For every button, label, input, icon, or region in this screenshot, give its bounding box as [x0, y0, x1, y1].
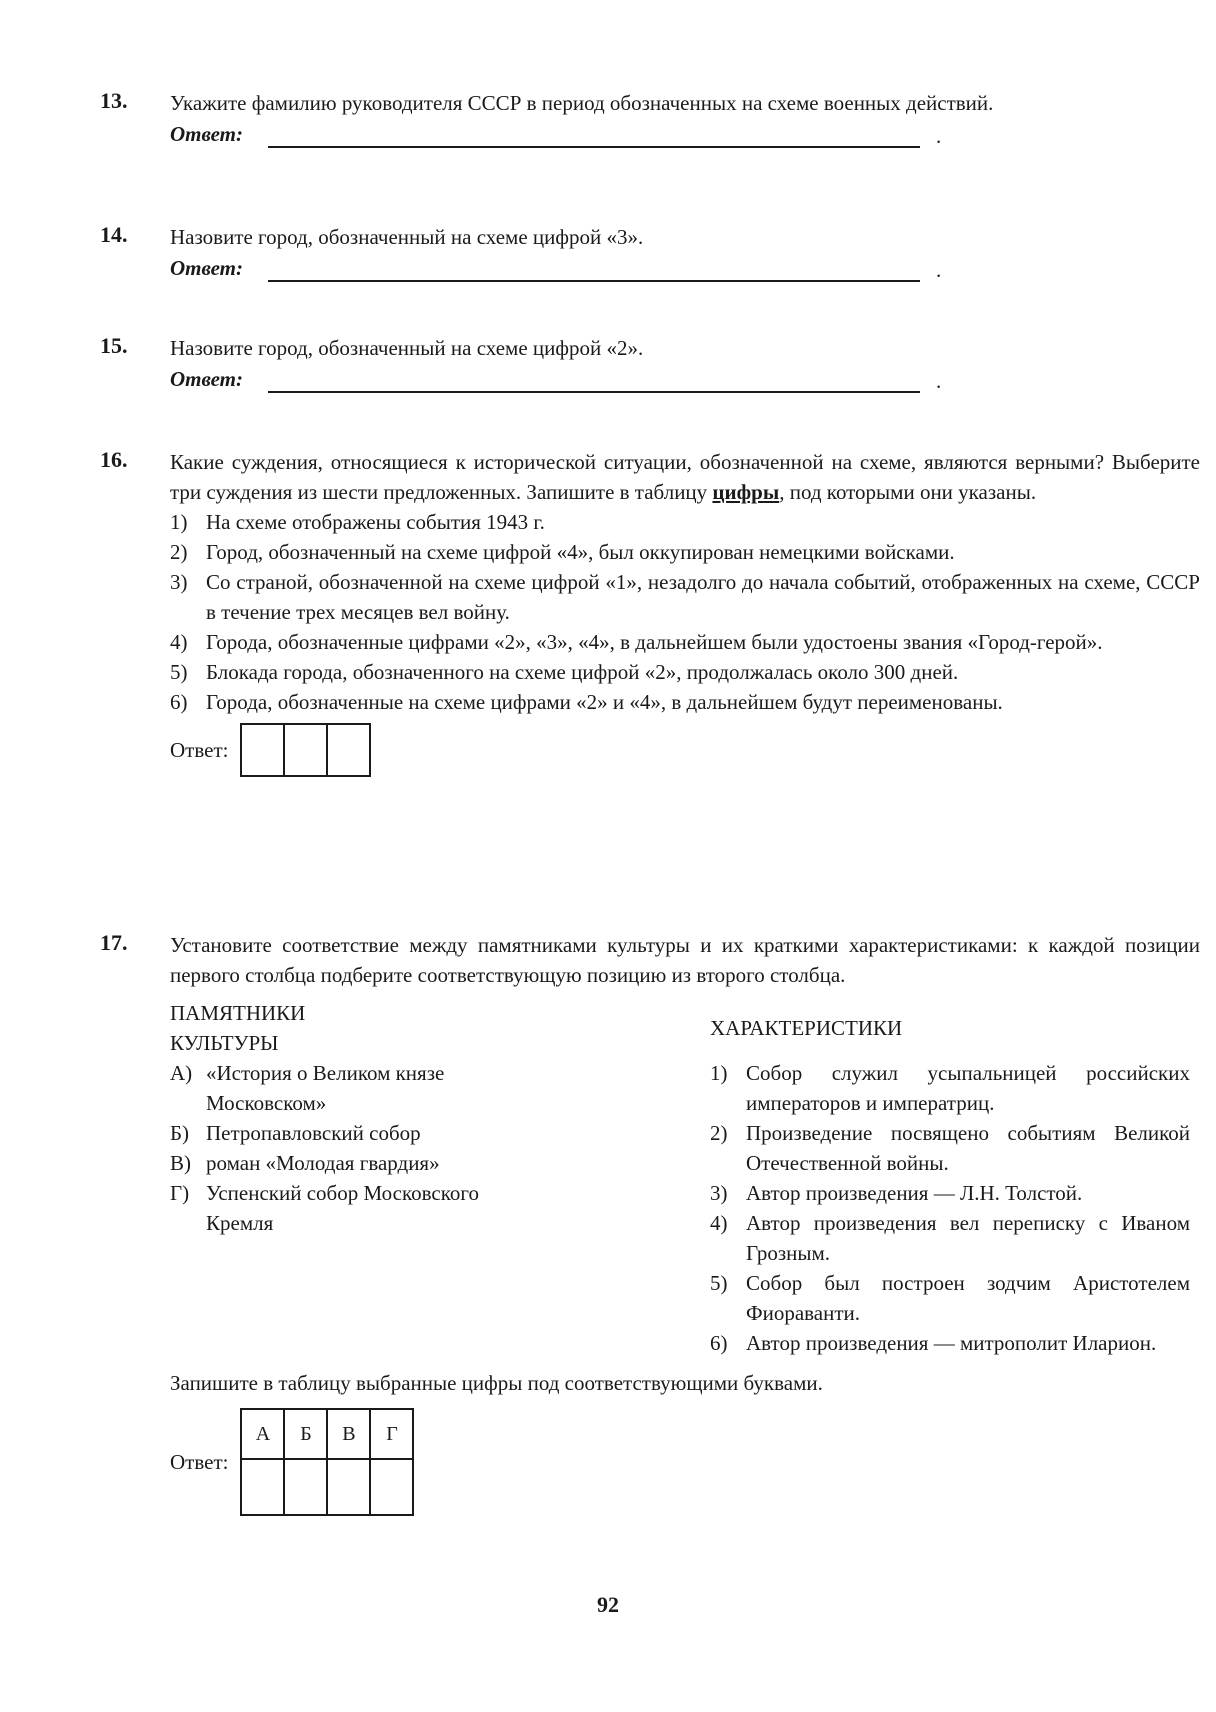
answer-field[interactable]	[268, 280, 920, 282]
answer-cell[interactable]	[285, 725, 328, 775]
option-item: 4)Города, обозначенные цифрами «2», «3»,…	[170, 627, 1200, 657]
left-item: В)роман «Молодая гвардия»	[170, 1148, 550, 1178]
answer-cell[interactable]	[328, 725, 369, 775]
question-15: 15. Назовите город, обозначенный на схем…	[100, 333, 1200, 397]
answer-row: Ответ: А Б В Г	[170, 1408, 1200, 1516]
options-list: 1)На схеме отображены события 1943 г. 2)…	[170, 507, 1200, 717]
left-column-header: ПАМЯТНИКИ КУЛЬТУРЫ	[170, 998, 370, 1058]
question-number: 16.	[100, 447, 128, 473]
right-item: 4)Автор произведения вел переписку с Ива…	[710, 1208, 1190, 1268]
question-number: 14.	[100, 222, 128, 248]
answer-line: Ответ: .	[170, 367, 1200, 397]
right-item: 5)Собор был построен зодчим Аристотелем …	[710, 1268, 1190, 1328]
table-header-cell: Б	[284, 1409, 327, 1459]
left-item: Г)Успенский собор Московского Кремля	[170, 1178, 480, 1238]
trailing-period: .	[936, 369, 941, 394]
answer-cell[interactable]	[242, 725, 285, 775]
left-column: ПАМЯТНИКИ КУЛЬТУРЫ А)«История о Великом …	[170, 998, 710, 1358]
question-text-end: , под которыми они указаны.	[779, 480, 1036, 504]
left-item: А)«История о Великом князе Московском»	[170, 1058, 500, 1118]
answer-line: Ответ: .	[170, 256, 1200, 286]
answer-cell[interactable]	[284, 1459, 327, 1515]
question-17: 17. Установите соответствие между памятн…	[100, 930, 1200, 1516]
answer-label: Ответ:	[170, 738, 228, 763]
answer-table: А Б В Г	[240, 1408, 414, 1516]
question-number: 13.	[100, 88, 128, 114]
answer-label: Ответ:	[170, 1450, 228, 1475]
question-text: Назовите город, обозначенный на схеме ци…	[170, 222, 1200, 252]
right-column-header: ХАРАКТЕРИСТИКИ	[710, 1013, 1190, 1043]
question-16: 16. Какие суждения, относящиеся к истори…	[100, 447, 1200, 777]
answer-field[interactable]	[268, 146, 920, 148]
right-item: 1)Собор служил усыпальницей российских и…	[710, 1058, 1190, 1118]
right-item: 3)Автор произведения — Л.Н. Толстой.	[710, 1178, 1190, 1208]
table-header-cell: В	[327, 1409, 370, 1459]
answer-label: Ответ:	[170, 122, 243, 146]
question-number: 15.	[100, 333, 128, 359]
right-column: ХАРАКТЕРИСТИКИ 1)Собор служил усыпальниц…	[710, 998, 1190, 1358]
right-item: 2)Произведение посвящено событиям Велико…	[710, 1118, 1190, 1178]
option-item: 5)Блокада города, обозначенного на схеме…	[170, 657, 1200, 687]
question-text: Назовите город, обозначенный на схеме ци…	[170, 333, 1200, 363]
question-text: Установите соответствие между памятникам…	[170, 930, 1200, 990]
emphasis-word: цифры	[712, 480, 779, 504]
left-item: Б)Петропавловский собор	[170, 1118, 510, 1148]
option-item: 6)Города, обозначенные на схеме цифрами …	[170, 687, 1200, 717]
answer-field[interactable]	[268, 391, 920, 393]
answer-boxes	[240, 723, 371, 777]
trailing-period: .	[936, 258, 941, 283]
option-item: 2)Город, обозначенный на схеме цифрой «4…	[170, 537, 1200, 567]
answer-row: Ответ:	[170, 723, 1200, 777]
table-header-cell: Г	[370, 1409, 413, 1459]
instruction-text: Запишите в таблицу выбранные цифры под с…	[170, 1368, 1200, 1398]
question-text: Укажите фамилию руководителя СССР в пери…	[170, 88, 1200, 118]
question-14: 14. Назовите город, обозначенный на схем…	[100, 222, 1200, 286]
answer-label: Ответ:	[170, 367, 243, 391]
table-header-cell: А	[241, 1409, 284, 1459]
answer-label: Ответ:	[170, 256, 243, 280]
answer-cell[interactable]	[241, 1459, 284, 1515]
matching-columns: ПАМЯТНИКИ КУЛЬТУРЫ А)«История о Великом …	[170, 998, 1200, 1358]
answer-cell[interactable]	[370, 1459, 413, 1515]
question-number: 17.	[100, 930, 128, 956]
right-item: 6)Автор произведения — митрополит Иларио…	[710, 1328, 1190, 1358]
answer-line: Ответ: .	[170, 122, 1200, 152]
question-text: Какие суждения, относящиеся к историческ…	[170, 447, 1200, 507]
question-13: 13. Укажите фамилию руководителя СССР в …	[100, 88, 1200, 152]
answer-cell[interactable]	[327, 1459, 370, 1515]
option-item: 1)На схеме отображены события 1943 г.	[170, 507, 1200, 537]
trailing-period: .	[936, 124, 941, 149]
question-text-start: Какие суждения, относящиеся к историческ…	[170, 450, 1200, 504]
option-item: 3)Со страной, обозначенной на схеме цифр…	[170, 567, 1200, 627]
page-number: 92	[0, 1592, 1216, 1618]
